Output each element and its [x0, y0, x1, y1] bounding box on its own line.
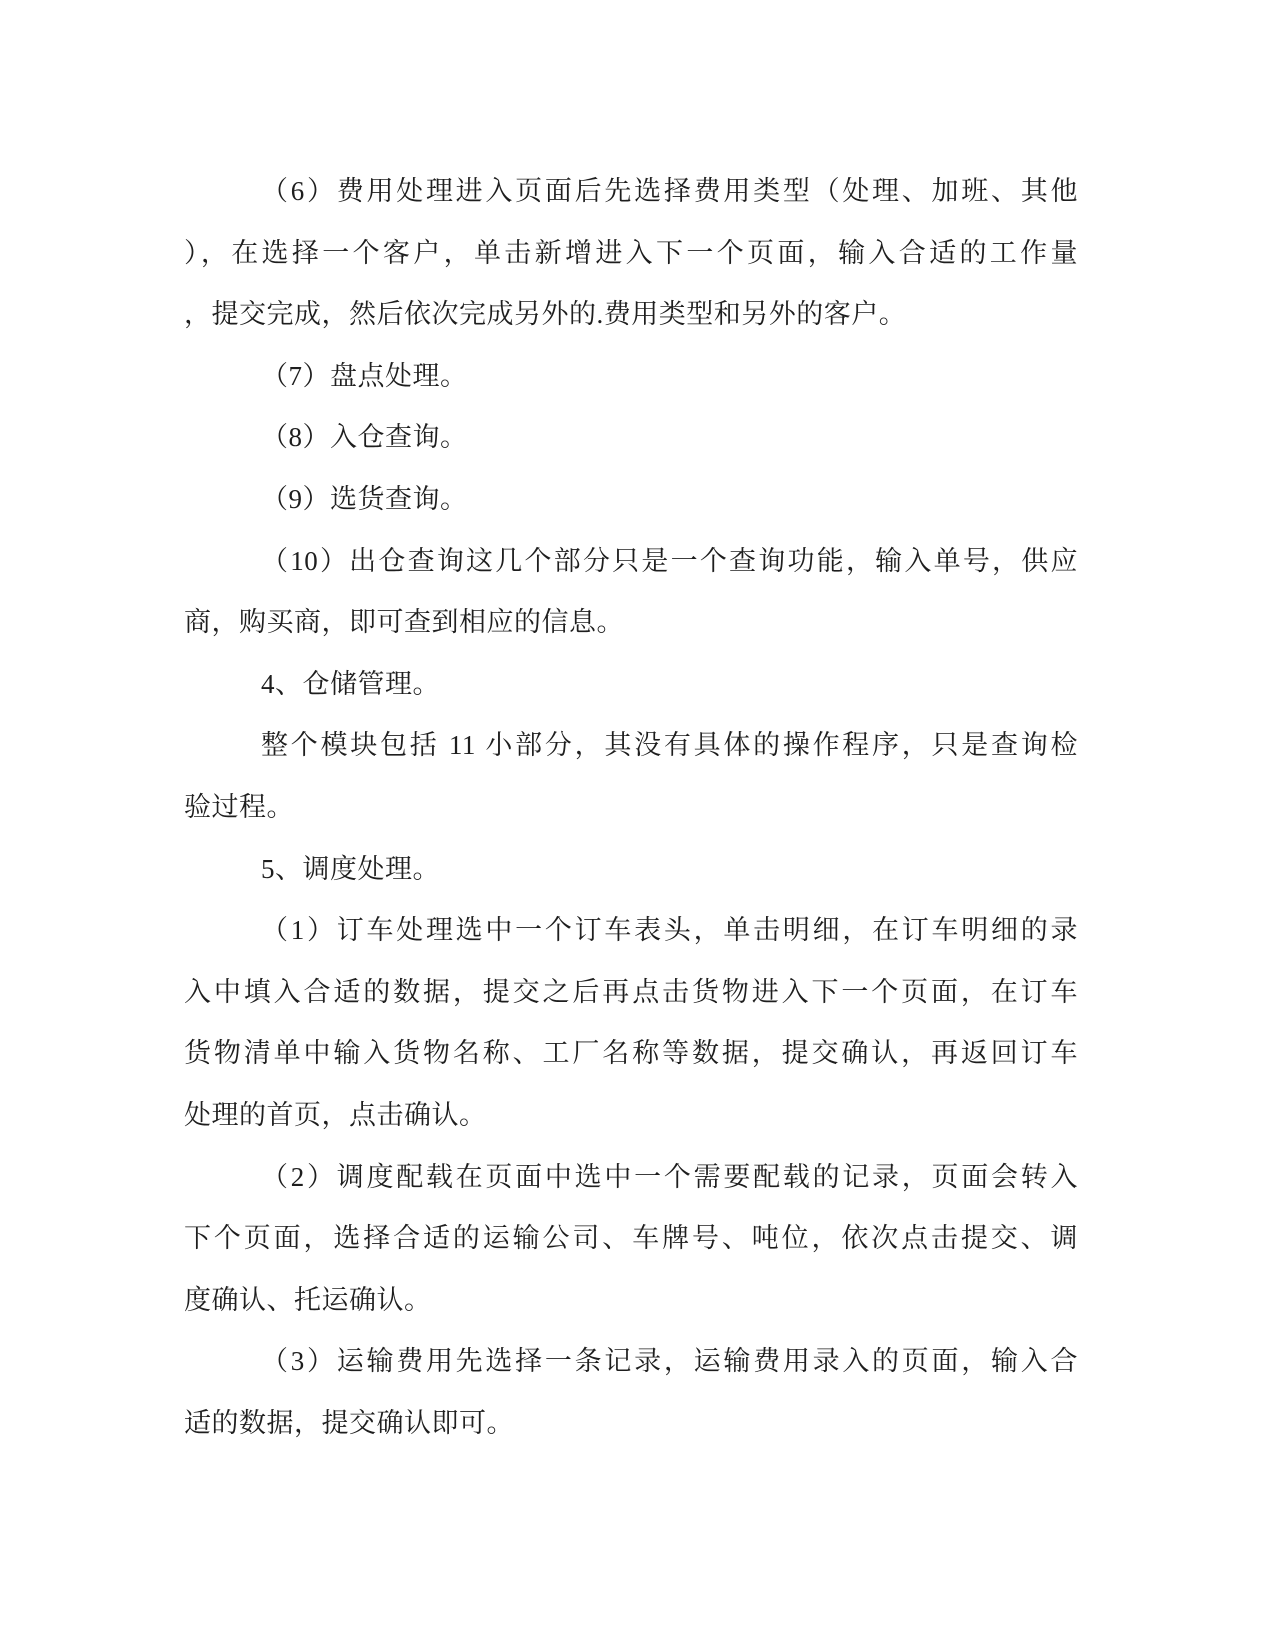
- paragraph-6-line-1: 4、仓储管理。: [184, 654, 1078, 716]
- paragraph-9-line-1: （1）订车处理选中一个订车表头，单击明细，在订车明细的录: [184, 900, 1078, 962]
- paragraph-10-line-2: 下个页面，选择合适的运输公司、车牌号、吨位，依次点击提交、调: [184, 1208, 1078, 1270]
- paragraph-1-line-1: （6）费用处理进入页面后先选择费用类型（处理、加班、其他: [184, 161, 1078, 223]
- paragraph-4-line-1: （9）选货查询。: [184, 469, 1078, 531]
- paragraph-9-line-2: 入中填入合适的数据，提交之后再点击货物进入下一个页面，在订车: [184, 962, 1078, 1024]
- paragraph-1-line-3: ，提交完成，然后依次完成另外的.费用类型和另外的客户。: [184, 284, 1078, 346]
- paragraph-3-line-1: （8）入仓查询。: [184, 407, 1078, 469]
- paragraph-9-line-3: 货物清单中输入货物名称、工厂名称等数据，提交确认，再返回订车: [184, 1023, 1078, 1085]
- paragraph-5-line-2: 商，购买商，即可查到相应的信息。: [184, 592, 1078, 654]
- paragraph-10-line-1: （2）调度配载在页面中选中一个需要配载的记录，页面会转入: [184, 1147, 1078, 1209]
- paragraph-5-line-1: （10）出仓查询这几个部分只是一个查询功能，输入单号，供应: [184, 531, 1078, 593]
- paragraph-11-line-1: （3）运输费用先选择一条记录，运输费用录入的页面，输入合: [184, 1331, 1078, 1393]
- paragraph-10-line-3: 度确认、托运确认。: [184, 1270, 1078, 1332]
- paragraph-2-line-1: （7）盘点处理。: [184, 346, 1078, 408]
- paragraph-9-line-4: 处理的首页，点击确认。: [184, 1085, 1078, 1147]
- paragraph-7-line-2: 验过程。: [184, 777, 1078, 839]
- paragraph-7-line-1: 整个模块包括 11 小部分，其没有具体的操作程序，只是查询检: [184, 715, 1078, 777]
- paragraph-1-line-2: ），在选择一个客户，单击新增进入下一个页面，输入合适的工作量: [184, 223, 1078, 285]
- paragraph-11-line-2: 适的数据，提交确认即可。: [184, 1393, 1078, 1455]
- paragraph-8-line-1: 5、调度处理。: [184, 839, 1078, 901]
- page-content: （6）费用处理进入页面后先选择费用类型（处理、加班、其他），在选择一个客户，单击…: [184, 161, 1078, 1454]
- document-page: （6）费用处理进入页面后先选择费用类型（处理、加班、其他），在选择一个客户，单击…: [0, 0, 1275, 1650]
